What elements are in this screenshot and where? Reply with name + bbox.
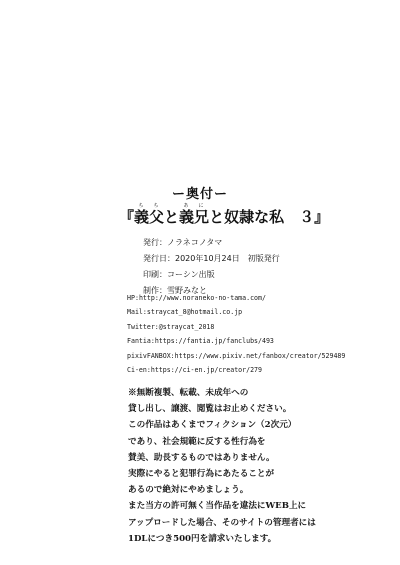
- notice-line: この作品はあくまでフィクション（2次元）: [128, 417, 316, 433]
- link-label: Mail: [127, 308, 143, 316]
- link-row-fanbox: pixivFANBOX:https://www.pixiv.net/fanbox…: [127, 349, 345, 363]
- title-conj: と: [164, 208, 179, 226]
- title-word-father: 義父ちち: [134, 208, 164, 226]
- ruby-father: ちち: [134, 203, 164, 209]
- title-open-bracket: 『: [119, 208, 134, 226]
- link-value: http://www.noraneko-no-tama.com/: [139, 294, 266, 302]
- title-word-brother-text: 義兄: [179, 208, 209, 226]
- link-label: Fantia: [127, 337, 151, 345]
- info-label: 印刷: [143, 270, 159, 279]
- link-value: https://fantia.jp/fanclubs/493: [155, 337, 274, 345]
- notice-line: アップロードした場合、そのサイトの管理者には: [128, 515, 316, 531]
- info-value: 2020年10月24日 初版発行: [175, 254, 280, 263]
- info-row-publisher: 発行：ノラネコノタマ: [143, 235, 280, 251]
- colophon-heading: ー奥付ー: [0, 188, 400, 202]
- notice-line: 賛美、助長するものではありません。: [128, 450, 316, 466]
- info-value: ノラネコノタマ: [167, 238, 222, 247]
- link-label: Twitter: [127, 323, 155, 331]
- link-label: HP: [127, 294, 135, 302]
- notice-line: 実際にやると犯罪行為にあたることが: [128, 466, 316, 482]
- link-label: pixivFANBOX: [127, 352, 171, 360]
- link-row-hp: HP:http://www.noraneko-no-tama.com/: [127, 291, 345, 305]
- ruby-brother: あに: [179, 203, 209, 209]
- info-value: コーシン出版: [167, 270, 215, 279]
- notice-line: あるので絶対にやめましょう。: [128, 482, 316, 498]
- notice-line: また当方の許可無く当作品を違法にWEB上に: [128, 498, 316, 514]
- notice-line: 1DLにつき500円を請求いたします。: [128, 531, 316, 547]
- link-value: https://www.pixiv.net/fanbox/creator/529…: [175, 352, 346, 360]
- contact-links: HP:http://www.noraneko-no-tama.com/ Mail…: [127, 291, 345, 377]
- link-value: straycat_8@hotmail.co.jp: [147, 308, 242, 316]
- legal-notice: ※無断複製、転載、未成年への 貸し出し、譲渡、閲覧はお止めください。 この作品は…: [128, 385, 316, 547]
- link-row-fantia: Fantia:https://fantia.jp/fanclubs/493: [127, 334, 345, 348]
- info-sep: ：: [159, 238, 167, 247]
- info-sep: ：: [167, 254, 175, 263]
- notice-line: であり、社会規範に反する性行為を: [128, 434, 316, 450]
- notice-line: 貸し出し、譲渡、閲覧はお止めください。: [128, 401, 316, 417]
- publication-info: 発行：ノラネコノタマ 発行日：2020年10月24日 初版発行 印刷：コーシン出…: [143, 235, 280, 299]
- colophon-page: ー奥付ー 『義父ちちと義兄あにと奴隷な私 ３』 発行：ノラネコノタマ 発行日：2…: [0, 0, 400, 565]
- link-value: @straycat_2018: [159, 323, 215, 331]
- info-row-date: 発行日：2020年10月24日 初版発行: [143, 251, 280, 267]
- info-label: 発行日: [143, 254, 167, 263]
- link-row-mail: Mail:straycat_8@hotmail.co.jp: [127, 305, 345, 319]
- title-close-bracket: 』: [314, 208, 329, 226]
- link-row-twitter: Twitter:@straycat_2018: [127, 320, 345, 334]
- info-label: 発行: [143, 238, 159, 247]
- book-title: 『義父ちちと義兄あにと奴隷な私 ３』: [119, 203, 329, 228]
- title-word-brother: 義兄あに: [179, 208, 209, 226]
- link-label: Ci-en: [127, 366, 147, 374]
- info-sep: ：: [159, 270, 167, 279]
- title-rest: と奴隷な私 ３: [209, 208, 314, 226]
- link-row-cien: Ci-en:https://ci-en.jp/creator/279: [127, 363, 345, 377]
- title-word-father-text: 義父: [134, 208, 164, 226]
- notice-line: ※無断複製、転載、未成年への: [128, 385, 316, 401]
- link-value: https://ci-en.jp/creator/279: [151, 366, 262, 374]
- info-row-printer: 印刷：コーシン出版: [143, 267, 280, 283]
